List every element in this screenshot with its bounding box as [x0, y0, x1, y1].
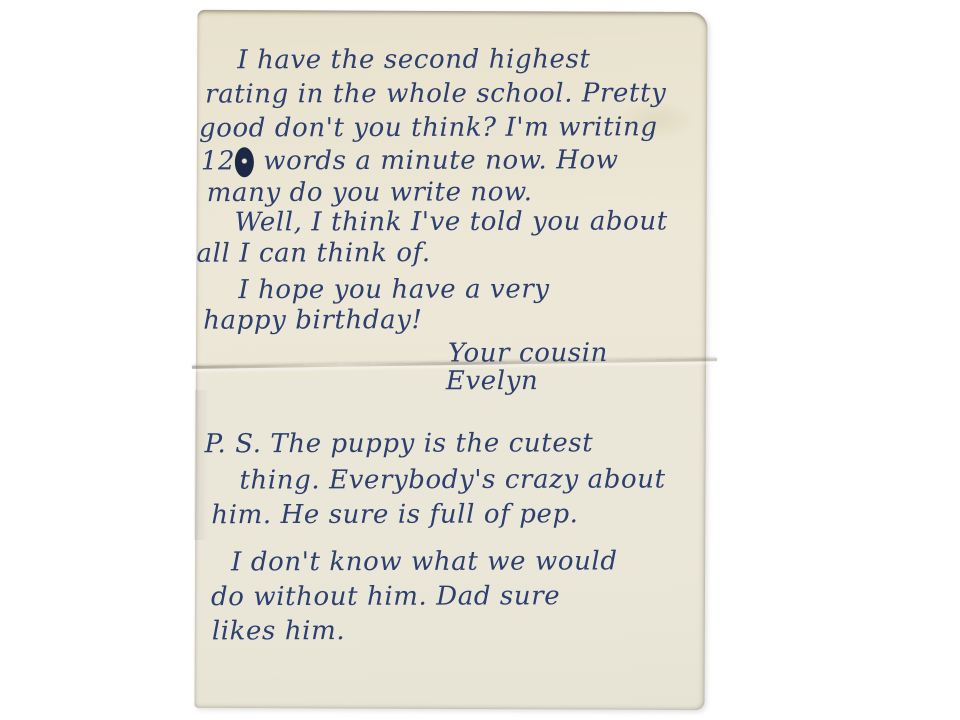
letter-line-8: I hope you have a very	[238, 274, 549, 305]
ps-line-4: I don't know what we would	[231, 546, 618, 577]
letter-line-1: I have the second highest	[237, 44, 590, 75]
letter-line-9: happy birthday!	[203, 305, 422, 336]
ps-line-6: likes him.	[212, 616, 345, 646]
letter-line-2: rating in the whole school. Pretty	[205, 78, 666, 109]
ink-blot: 0	[235, 147, 254, 177]
letter-line-6: Well, I think I've told you about	[235, 206, 668, 237]
letter-line-3: good don't you think? I'm writing	[199, 112, 658, 143]
ps-line-5: do without him. Dad sure	[211, 581, 560, 612]
signature: Evelyn	[446, 366, 538, 396]
letter-paper: I have the second highest rating in the …	[194, 10, 707, 710]
ps-line-3: him. He sure is full of pep.	[211, 499, 578, 530]
wpm-rest: words a minute now. How	[263, 145, 618, 176]
letter-line-7: all I can think of.	[196, 238, 430, 269]
letter-line-5: many do you write now.	[207, 177, 533, 208]
letter-line-4: 120 words a minute now. How	[201, 145, 619, 176]
wpm-number: 12	[201, 146, 235, 176]
signoff-closing: Your cousin	[448, 338, 608, 368]
ps-line-1: P. S. The puppy is the cutest	[205, 428, 594, 459]
edge-smudge	[194, 390, 209, 540]
ps-line-2: thing. Everybody's crazy about	[239, 464, 665, 495]
letter-scan: I have the second highest rating in the …	[0, 0, 960, 720]
